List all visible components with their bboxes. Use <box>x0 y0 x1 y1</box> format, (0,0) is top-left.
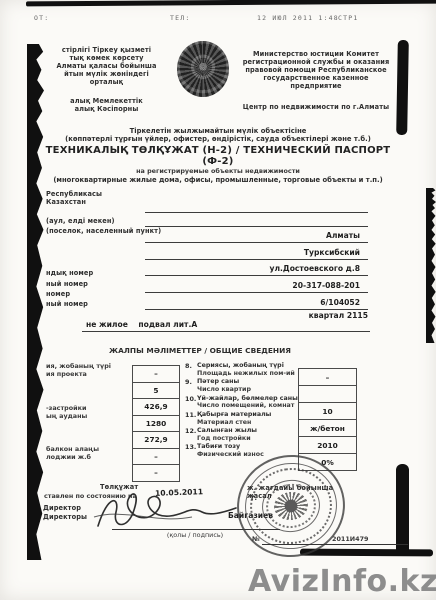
table-left-values: – 5 426,9 1280 272,9 – – <box>132 365 180 482</box>
table-cell: 2010 <box>299 437 356 454</box>
fax-tel-label: ТЕЛ: <box>170 14 190 22</box>
letterhead-ru: Министерство юстиции Комитет регистрацио… <box>230 50 402 111</box>
number-label-4: ный номер <box>46 300 88 308</box>
kazakhstan-emblem-icon <box>177 41 229 97</box>
stamp-number: 2011И479 <box>332 536 368 544</box>
signature-caption: (қолы / подпись) <box>150 532 240 540</box>
avizinfo-watermark: AvizInfo.kz <box>248 564 436 599</box>
title-kk-line1: Тіркелетін жылжымайтын мүлік объектісіне <box>40 127 396 135</box>
org-kk-type-line: алық Мемлекеттік <box>44 97 169 105</box>
table-left-label: ың ауданы <box>46 413 87 421</box>
table-cell: – <box>299 369 356 386</box>
director-label-ru: Директор <box>43 504 81 512</box>
table-right-item: 10. Үй-жайлар, бөлмелер саны Число помещ… <box>185 395 297 411</box>
scan-artifact-right-edge-blob <box>426 188 436 343</box>
document-title: ТЕХНИКАЛЫҚ ТӨЛҚҰЖАТ (Н-2) / ТЕХНИЧЕСКИЙ … <box>40 145 396 167</box>
field-line <box>145 215 368 227</box>
table-cell: 272,9 <box>133 432 179 449</box>
table-cell <box>299 386 356 403</box>
country-label-ru: Казахстан <box>46 198 86 206</box>
field-inventory-number: 6/104052 <box>145 298 368 310</box>
table-cell: – <box>133 366 179 383</box>
scanned-document-page: ОТ: ТЕЛ: 12 ИЮЛ 2011 1:48 СТР1 стірлігі … <box>0 0 436 600</box>
table-right-item: 9. Пәтер саны Число квартир <box>185 378 297 394</box>
field-cadastral-number: 20-317-088-201 <box>145 281 368 293</box>
org-ru-line: Министерство юстиции Комитет <box>230 50 402 58</box>
table-left-label: лоджии ж.б <box>46 454 91 462</box>
org-kk-type-line: алық Кәсіпорны <box>44 105 169 113</box>
org-ru-center-name: Центр по недвижимости по г.Алматы <box>230 103 402 111</box>
fax-page-number: СТР1 <box>338 14 358 22</box>
stamp-number-prefix: № <box>252 536 260 544</box>
org-ru-line: регистрационной службы и оказания <box>230 58 402 66</box>
table-cell: 5 <box>133 383 179 400</box>
org-ru-line: предприятие <box>230 82 402 90</box>
org-kk-line: йтын мүлік жөніндегі <box>44 70 169 78</box>
org-kk-line: стірлігі Тіркеу қызметі <box>44 46 169 54</box>
org-ru-line: правовой помощи Республиканское <box>230 66 402 74</box>
field-line <box>145 201 368 213</box>
scan-artifact-left-blob <box>27 44 44 560</box>
table-cell: ж/бетон <box>299 420 356 437</box>
quarter-value: квартал 2115 <box>300 311 368 320</box>
org-kk-line: орталық <box>44 78 169 86</box>
country-label-kk: Республикасы <box>46 190 102 198</box>
number-label-2: ный номер <box>46 280 88 288</box>
scan-artifact-bottom-smear <box>300 549 433 557</box>
table-right-item: 11. Қабырға материалы Материал стен <box>185 411 297 427</box>
fax-from-label: ОТ: <box>34 14 49 22</box>
title-kk-line2: (көппәтерлі тұрғын үйлер, офистер, өндір… <box>40 135 396 143</box>
table-right-item: 12. Салынған жылы Год постройки <box>185 427 297 443</box>
field-city: Алматы <box>145 231 368 243</box>
title-ru-line1: на регистрируемые объекты недвижимости <box>40 168 396 176</box>
org-kk-line: Алматы қаласы бойынша <box>44 62 169 70</box>
section-title-general-info: ЖАЛПЫ МӘЛІМЕТТЕР / ОБЩИЕ СВЕДЕНИЯ <box>60 346 340 355</box>
table-cell: 426,9 <box>133 399 179 416</box>
table-cell: – <box>133 465 179 481</box>
table-right-labels: 8. Сериясы, жобаның түрі Площадь нежилых… <box>185 362 297 460</box>
table-cell: – <box>133 449 179 466</box>
number-label-1: ндық номер <box>46 269 93 277</box>
table-right-values: – 10 ж/бетон 2010 0% <box>298 368 357 471</box>
title-ru-line2: (многоквартирные жилые дома, офисы, пром… <box>40 176 396 184</box>
scan-artifact-top-bar <box>26 0 436 6</box>
table-cell: 10 <box>299 403 356 420</box>
table-left-label: ия проекта <box>46 371 87 379</box>
settlement-label-kk: (аул, елді мекен) <box>46 217 115 225</box>
number-label-3: номер <box>46 290 70 298</box>
field-district: Турксибский <box>145 248 368 260</box>
table-cell: 1280 <box>133 416 179 433</box>
settlement-label-ru: (поселок, населенный пункт) <box>46 227 161 235</box>
director-label-kk: Директоры <box>43 513 87 521</box>
table-right-item: 8. Сериясы, жобаның түрі Площадь нежилых… <box>185 362 297 378</box>
field-street: ул.Достоевского д.8 <box>145 264 368 276</box>
document-title-block: Тіркелетін жылжымайтын мүлік объектісіне… <box>40 127 396 184</box>
org-kk-line: тық көмек көрсету <box>44 54 169 62</box>
fax-datetime: 12 ИЮЛ 2011 1:48 <box>257 14 339 22</box>
field-usage: не жилое подвал лит.А <box>82 320 370 332</box>
letterhead-kk: стірлігі Тіркеу қызметі тық көмек көрсет… <box>44 46 169 113</box>
org-ru-line: государственное казенное <box>230 74 402 82</box>
